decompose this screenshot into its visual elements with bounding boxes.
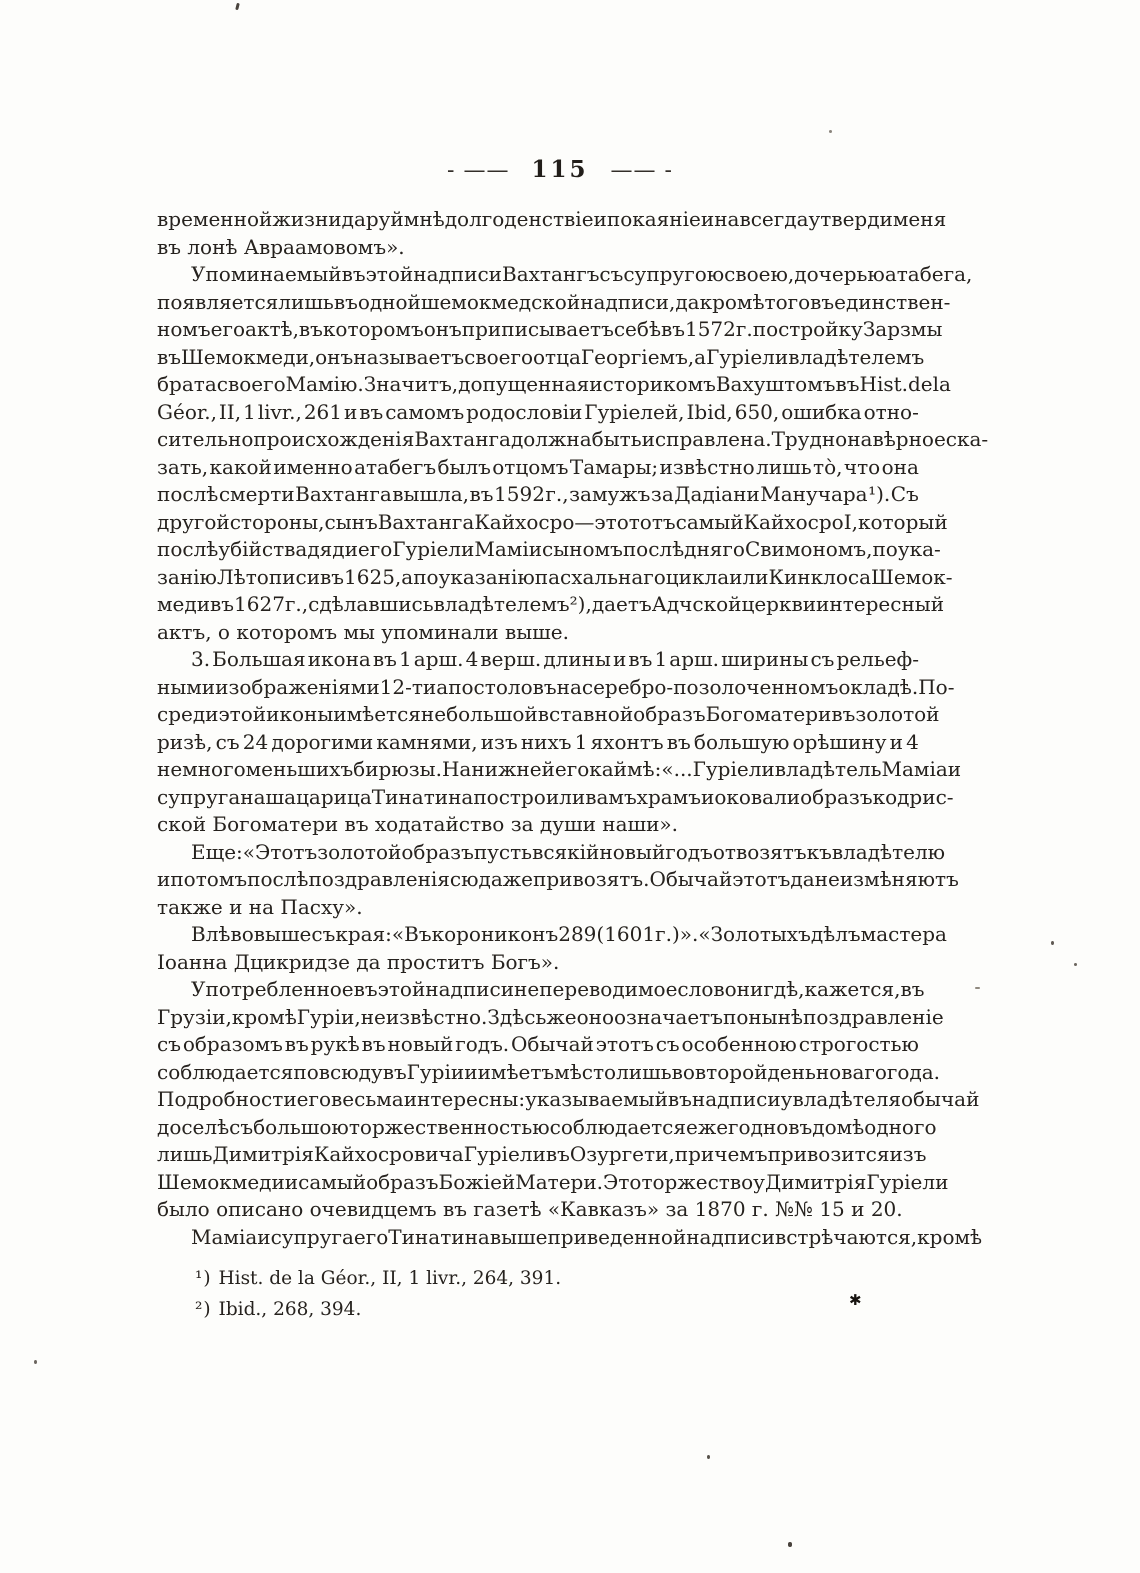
footnote-text: Hist. de la Géor., II, 1 livr., 264, 391… <box>219 1268 562 1289</box>
text-line: медивъ1627г.,сдѣлавшисьвладѣтелемъ²),дае… <box>157 591 919 619</box>
header-dash-right: —— - <box>611 158 673 183</box>
text-line: также и на Пасху». <box>157 894 919 922</box>
text-line: послѣсмертиВахтангавышла,въ1592г.,замужъ… <box>157 481 919 509</box>
text-line: Géor.,II,1livr.,261ивъсамомъродословіиГу… <box>157 399 919 427</box>
footnote-marker: ²) <box>195 1299 219 1320</box>
scan-speck <box>1074 963 1077 966</box>
text-line: доселѣсъбольшоюторжественностьюсоблюдает… <box>157 1114 919 1142</box>
text-line: актъ, о которомъ мы упоминали выше. <box>157 619 919 647</box>
footnote-line: ¹) Hist. de la Géor., II, 1 livr., 264, … <box>195 1263 919 1294</box>
text-line: Еще:«Этотъзолотойобразъпустьвсякійновыйг… <box>157 839 919 867</box>
header-dash-left: - —— <box>447 158 509 183</box>
text-line: въ лонѣ Авраамовомъ». <box>157 234 919 262</box>
footnote-line: ²) Ibid., 268, 394. <box>195 1294 919 1325</box>
text-line: лишьДимитріяКайхосровичаГуріеливъОзургет… <box>157 1141 919 1169</box>
footnote-text: Ibid., 268, 394. <box>219 1299 362 1320</box>
text-line: МаміаисупругаегоТинатинавышеприведеннойн… <box>157 1224 919 1252</box>
scan-speck <box>829 130 832 133</box>
text-line: ризѣ,съ24дорогимикамнями,изънихъ1яхонтъв… <box>157 729 919 757</box>
footnote-marker: ¹) <box>195 1268 219 1289</box>
text-line: зать,какойименноатабегъбылъотцомъТамары;… <box>157 454 919 482</box>
text-line: въШемокмеди,онъназываетъсвоегоотцаГеоргі… <box>157 344 919 372</box>
text-line: Грузіи,кромѣГуріи,неизвѣстно.Здѣсьжеоноо… <box>157 1004 919 1032</box>
text-line: Влѣвовышесъкрая:«Въкорониконъ289(1601г.)… <box>157 921 919 949</box>
text-line: съобразомъвърукѣвъновыйгодъ.Обычайэтотъс… <box>157 1031 919 1059</box>
text-line: ской Богоматери въ ходатайство за души н… <box>157 811 919 839</box>
text-line: ипотомъпослѣпоздравленіясюдажепривозятъ.… <box>157 866 919 894</box>
page-number: 115 <box>531 156 588 183</box>
scan-speck <box>34 1360 37 1364</box>
text-line: соблюдаетсяповсюдувъГуріииимѣетъмѣстолиш… <box>157 1059 919 1087</box>
text-line: было описано очевидцемъ въ газетѣ «Кавка… <box>157 1196 919 1224</box>
text-line: Іоанна Дцикридзе да проститъ Богъ». <box>157 949 919 977</box>
text-line: послѣубійствадядиегоГуріелиМаміисыномъпо… <box>157 536 919 564</box>
page-text: временнойжизнидаруймнѣдолгоденствіеипока… <box>157 206 919 1251</box>
text-line: Подробностиеговесьмаинтересны:указываемы… <box>157 1086 919 1114</box>
scan-speck <box>788 1542 792 1547</box>
page-header: - ——115—— - <box>0 156 1140 183</box>
text-line: ШемокмедиисамыйобразъБожіейМатери.Этотор… <box>157 1169 919 1197</box>
scan-speck <box>975 987 980 989</box>
text-line: сительнопроисхожденіяВахтангадолжнабытьи… <box>157 426 919 454</box>
text-line: 3.Большаяиконавъ1арш.4верш.длиныивъ1арш.… <box>157 646 919 674</box>
footnotes: ¹) Hist. de la Géor., II, 1 livr., 264, … <box>195 1263 919 1325</box>
text-line: появляетсялишьвъоднойшемокмедскойнадписи… <box>157 289 919 317</box>
printers-star-mark: ✱ <box>849 1291 862 1309</box>
text-line: немногоменьшихъбирюзы.Нанижнейегокаймѣ:«… <box>157 756 919 784</box>
text-line: заніюЛѣтописивъ1625,апоуказаніюпасхальна… <box>157 564 919 592</box>
scan-speck <box>235 3 240 11</box>
text-line: другойстороны,сынъВахтангаКайхосро—этото… <box>157 509 919 537</box>
scan-speck <box>1051 941 1054 945</box>
text-line: братасвоегоМамію.Значитъ,допущеннаяистор… <box>157 371 919 399</box>
text-line: Употребленноевъэтойнадписинепереводимоес… <box>157 976 919 1004</box>
scan-speck <box>707 1455 710 1459</box>
text-line: УпоминаемыйвъэтойнадписиВахтангъсъсупруг… <box>157 261 919 289</box>
text-line: номъегоактѣ,въкоторомъонъприписываетъсеб… <box>157 316 919 344</box>
text-line: временнойжизнидаруймнѣдолгоденствіеипока… <box>157 206 919 234</box>
text-line: средиэтойиконыимѣетсянебольшойвставнойоб… <box>157 701 919 729</box>
book-page: - ——115—— - временнойжизнидаруймнѣдолгод… <box>0 0 1140 1573</box>
page-header-inner: - ——115—— - <box>447 156 673 183</box>
text-line: супруганашацарицаТинатинапостроиливамъхр… <box>157 784 919 812</box>
text-line: нымиизображеніями12-тиапостоловънасеребр… <box>157 674 919 702</box>
